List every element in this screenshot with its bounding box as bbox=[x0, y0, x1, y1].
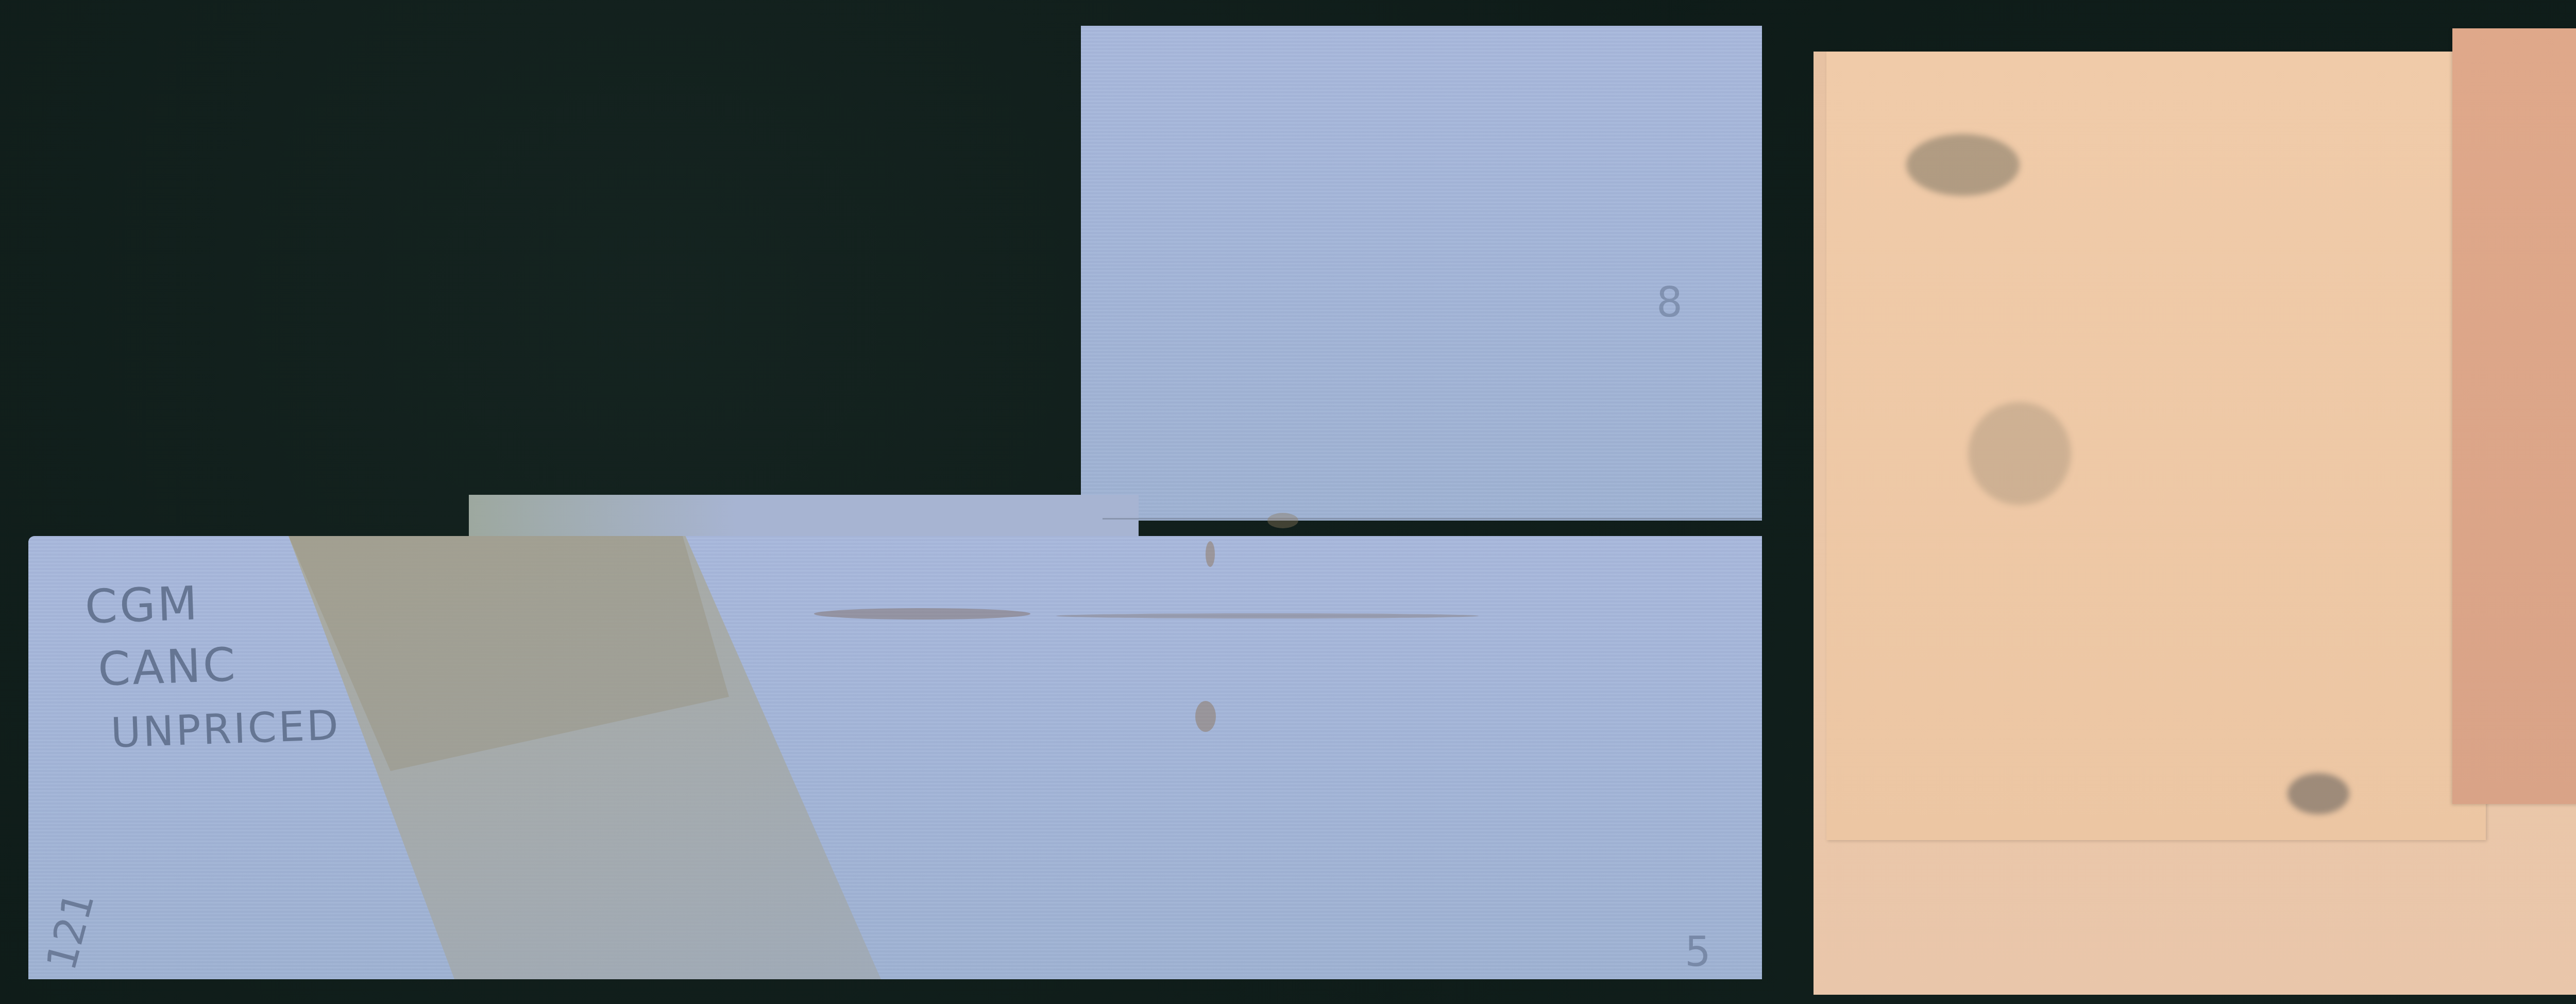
pencil-note-line3: UNPRICED bbox=[110, 697, 341, 761]
pencil-note-line2: CANC bbox=[97, 637, 238, 698]
stain-spot-3 bbox=[1267, 513, 1298, 528]
pencil-note-line1: CGM bbox=[84, 575, 200, 636]
blue-cover-body bbox=[28, 536, 1762, 979]
pencil-mark-upper: 8 bbox=[1656, 278, 1683, 326]
blue-cover-upper-flap bbox=[1081, 26, 1762, 521]
stain-spot-4 bbox=[2287, 773, 2349, 814]
fold-line bbox=[1103, 518, 1762, 520]
cancel-smudge-1 bbox=[1906, 134, 2020, 196]
stain-line bbox=[814, 608, 1030, 620]
tan-cover-right-panel bbox=[2452, 28, 2576, 804]
stain-spot bbox=[1195, 701, 1216, 732]
cancel-smudge-2 bbox=[1968, 402, 2071, 505]
stain-line-2 bbox=[1056, 613, 1479, 618]
pencil-mark-lower: 5 bbox=[1685, 928, 1711, 976]
stain-spot-2 bbox=[1206, 541, 1215, 567]
